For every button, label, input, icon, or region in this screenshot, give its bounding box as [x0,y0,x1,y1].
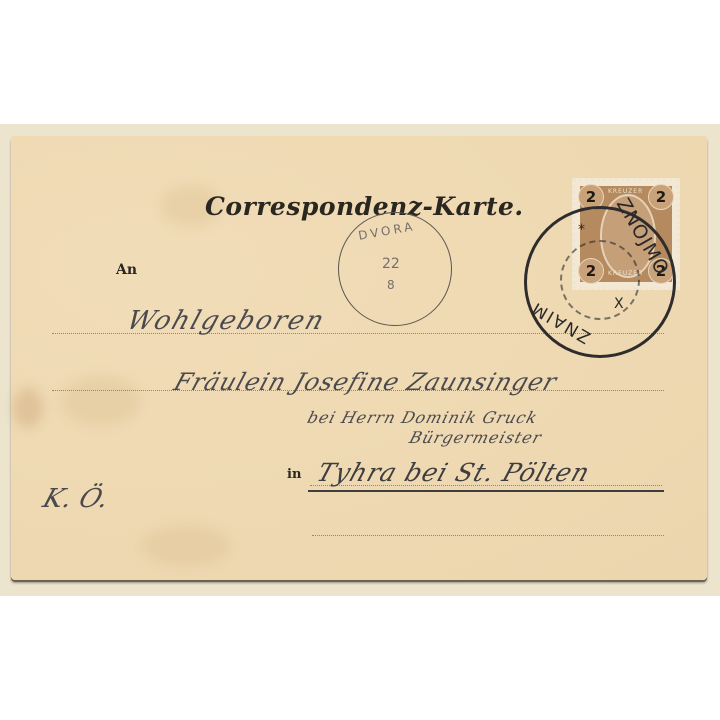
address-line-4 [312,535,664,536]
handwritten-sender-initials: K. Ö. [39,484,113,514]
handwritten-destination: Tyhra bei St. Pölten [313,458,594,487]
to-label: An [116,262,137,278]
paper-stain [13,388,43,428]
stamp-denomination-tr: 2 [648,184,674,210]
postmark-arrival-day: 22 [382,256,400,272]
in-label: in [287,467,301,482]
handwritten-title: Bürgermeister [407,428,544,447]
postmark-inner-ring [560,240,640,320]
handwritten-care-of: bei Herrn Dominik Gruck [305,408,540,427]
stamp-top-label: KREUZER [608,188,643,195]
handwritten-recipient-name: Fräulein Josefine Zaunsinger [170,368,560,396]
postmark-cancel-star: * [578,222,585,238]
card-heading: Correspondenz-Karte. [205,192,524,221]
postmark-arrival-month: 8 [387,278,395,292]
handwritten-salutation: Wohlgeboren [123,306,329,336]
postmark-month: X [614,296,624,312]
paper-stain [141,526,231,566]
paper-stain [61,376,141,426]
destination-underline [308,490,664,492]
